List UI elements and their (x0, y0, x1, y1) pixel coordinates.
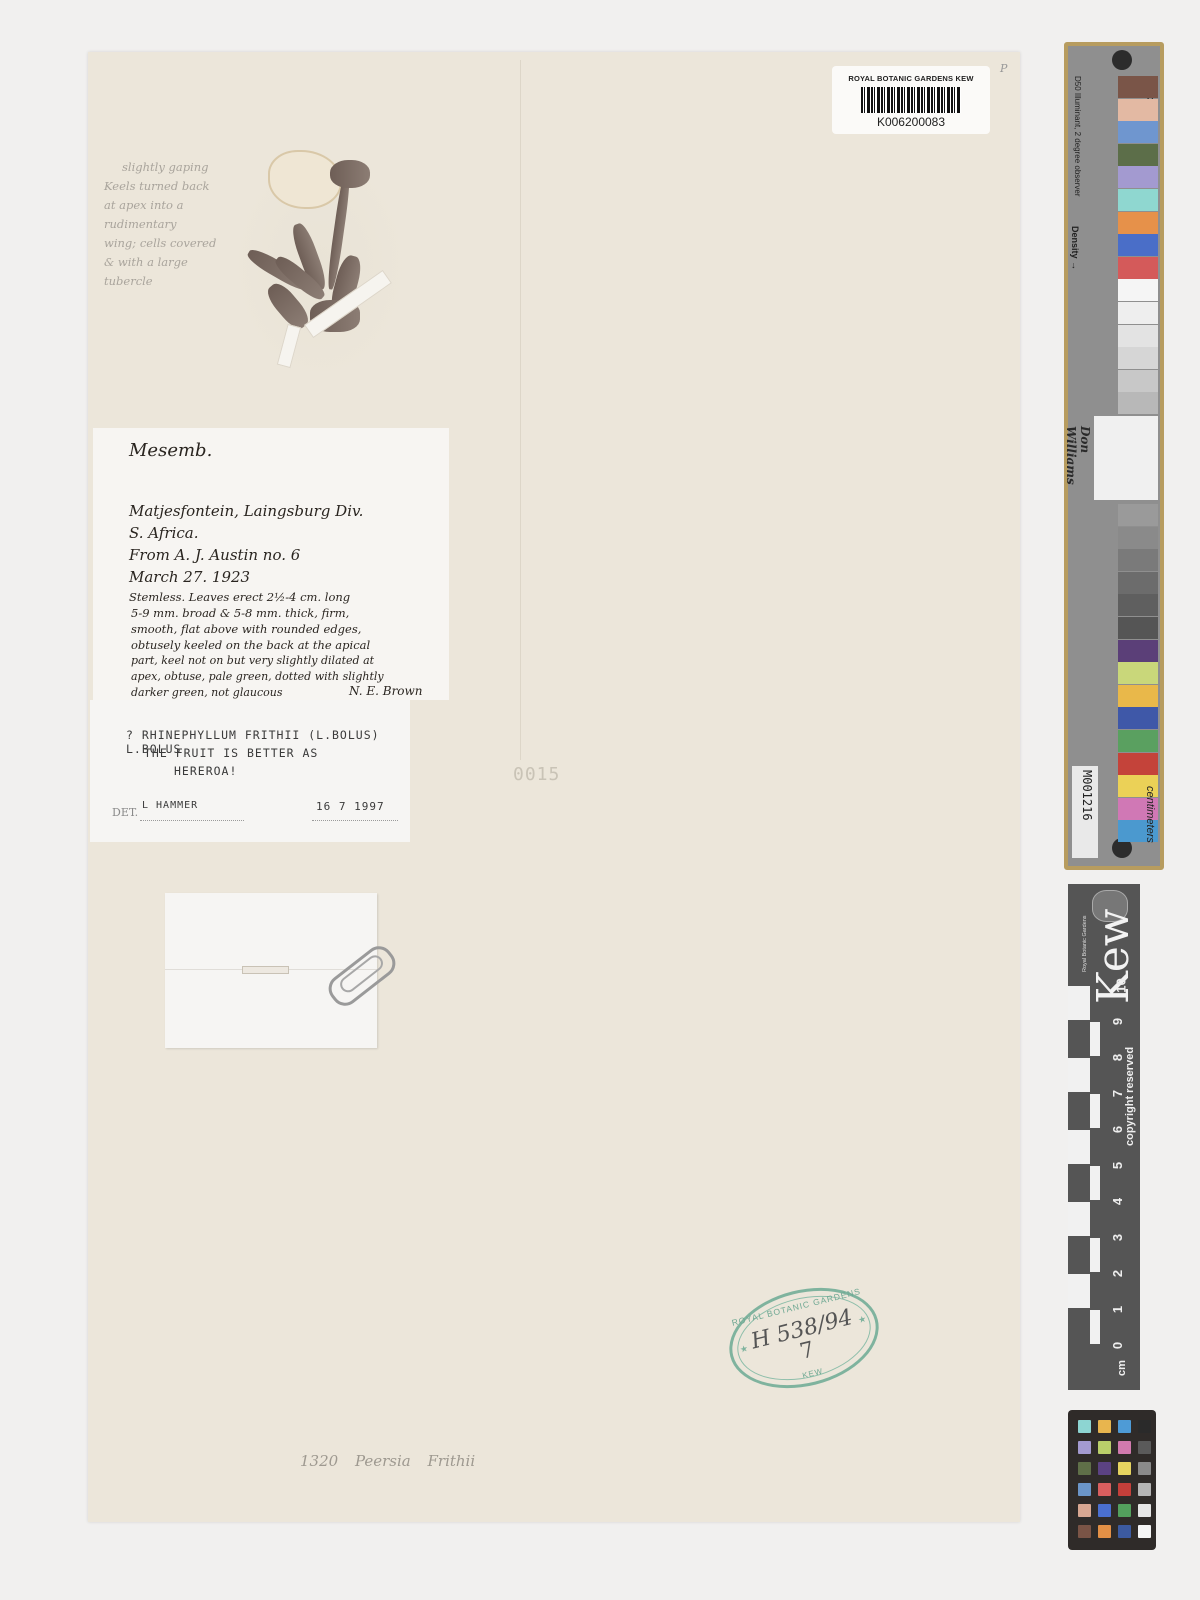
ruler-code: M001216 (1080, 770, 1094, 821)
label-heading: Mesemb. (129, 440, 212, 461)
pencil-note-line: rudimentary (104, 215, 244, 234)
scale-segment (1090, 1310, 1100, 1344)
color-swatch (1118, 549, 1158, 571)
label-description-line: 5-9 mm. broad & 5-8 mm. thick, firm, (131, 606, 349, 620)
color-swatch (1118, 99, 1158, 121)
color-swatch (1118, 370, 1158, 392)
pencil-note-line: at apex into a (104, 196, 244, 215)
color-swatch (1118, 572, 1158, 594)
checker-cell (1098, 1462, 1111, 1475)
scale-tick-label: 3 (1110, 1234, 1125, 1241)
ruler-code-label: M001216 (1072, 766, 1098, 858)
determination-label: ? RHINEPHYLLUM FRITHII (L.BOLUS) L.BOLUS… (90, 700, 410, 842)
bottom-annotation: 1320 Peersia Frithii (300, 1452, 475, 1470)
ruler-density-label: Density → (1070, 226, 1080, 270)
pencil-note-line: & with a large (104, 253, 244, 272)
label-country: S. Africa. (129, 524, 198, 542)
determiner-name: L HAMMER (142, 800, 198, 811)
ruler-unit-cm: centimeters (1144, 786, 1156, 843)
color-swatch (1118, 662, 1158, 684)
scale-tick-label: 9 (1110, 1018, 1125, 1025)
kew-scale-bar: Kew Royal Botanic Gardens copyright rese… (1068, 884, 1140, 1390)
checker-cell (1098, 1441, 1111, 1454)
label-description-line: darker green, not glaucous (131, 686, 283, 699)
label-description-line: obtusely keeled on the back at the apica… (131, 638, 370, 652)
scale-tick-label: 5 (1110, 1162, 1125, 1169)
scale-tick-label: 4 (1110, 1198, 1125, 1205)
label-signature: N. E. Brown (349, 684, 423, 698)
checker-cell (1098, 1420, 1111, 1433)
pencil-note: slightly gaping Keels turned back at ape… (104, 158, 244, 291)
scale-tick-label: 10 (1114, 978, 1129, 992)
det-line: THE FRUIT IS BETTER AS (144, 746, 318, 760)
label-description-line: part, keel not on but very slightly dila… (131, 654, 374, 667)
label-description-line: Stemless. Leaves erect 2½-4 cm. long (129, 590, 350, 604)
det-dotted-line (140, 820, 244, 821)
scale-segment (1090, 1094, 1100, 1128)
barcode-label: ROYAL BOTANIC GARDENS KEW K006200083 (832, 66, 990, 134)
barcode-number: K006200083 (832, 115, 990, 129)
scale-tick-label: 1 (1110, 1306, 1125, 1313)
checker-cell (1078, 1441, 1091, 1454)
color-swatch (1118, 527, 1158, 549)
kew-crest-caption: Royal Botanic Gardens (1082, 915, 1088, 972)
ruler-side-text: D50 Illuminant, 2 degree observer (1073, 76, 1082, 197)
copyright-text: copyright reserved (1124, 1047, 1136, 1146)
corner-mark: P (1000, 62, 1007, 75)
scale-unit: cm (1116, 1360, 1128, 1376)
label-description-line: smooth, flat above with rounded edges, (131, 622, 361, 636)
checker-cell (1078, 1462, 1091, 1475)
scale-segment (1068, 1202, 1090, 1236)
checker-cell (1098, 1525, 1111, 1538)
ruler-hole (1112, 50, 1132, 70)
ruler-brand: Don Williams (1064, 426, 1092, 494)
checker-cell (1138, 1504, 1151, 1517)
barcode-icon (861, 87, 961, 113)
det-prefix: DET. (112, 806, 138, 819)
checker-cell (1138, 1462, 1151, 1475)
color-swatch (1118, 707, 1158, 729)
label-description-line: apex, obtuse, pale green, dotted with sl… (131, 670, 384, 683)
scale-segment (1068, 986, 1090, 1020)
checker-cell (1078, 1483, 1091, 1496)
color-swatch (1118, 257, 1158, 279)
color-swatch (1118, 753, 1158, 775)
color-swatch (1118, 144, 1158, 166)
scale-tick-label: 0 (1110, 1342, 1125, 1349)
pencil-note-line: Keels turned back (104, 177, 244, 196)
pencil-note-line: tubercle (104, 272, 244, 291)
color-swatch (1118, 617, 1158, 639)
color-checker-card (1068, 1410, 1156, 1550)
scale-tick-label: 6 (1110, 1126, 1125, 1133)
checker-cell (1138, 1420, 1151, 1433)
packet-flap (165, 893, 377, 970)
checker-cell (1078, 1504, 1091, 1517)
scale-segment (1068, 1058, 1090, 1092)
scale-segment (1068, 1130, 1090, 1164)
collection-label: Mesemb. Matjesfontein, Laingsburg Div. S… (93, 428, 449, 700)
color-swatch (1118, 234, 1158, 256)
scale-tick-label: 2 (1110, 1270, 1125, 1277)
color-swatch (1118, 640, 1158, 662)
label-collector: From A. J. Austin no. 6 (129, 546, 300, 564)
checker-cell (1078, 1420, 1091, 1433)
color-density-ruler: inches D50 Illuminant, 2 degree observer… (1064, 42, 1164, 870)
barcode-organization: ROYAL BOTANIC GARDENS KEW (832, 74, 990, 83)
scale-segment (1090, 1022, 1100, 1056)
det-line: HEREROA! (174, 764, 237, 778)
checker-cell (1078, 1525, 1091, 1538)
faint-sheet-number: 0015 (513, 764, 560, 785)
packet-slot (242, 966, 289, 974)
color-swatch (1118, 189, 1158, 211)
det-date: 16 7 1997 (316, 800, 385, 813)
gray-card (1094, 416, 1158, 500)
det-date-dotted-line (312, 820, 398, 821)
label-date: March 27. 1923 (129, 568, 250, 586)
color-swatch (1118, 212, 1158, 234)
color-swatch (1118, 76, 1158, 98)
color-swatch (1118, 121, 1158, 143)
checker-cell (1098, 1504, 1111, 1517)
checker-cell (1118, 1462, 1131, 1475)
color-swatch (1118, 166, 1158, 188)
scale-tick-label: 8 (1110, 1054, 1125, 1061)
pencil-note-line: slightly gaping (104, 158, 244, 177)
color-swatch (1118, 347, 1158, 369)
checker-cell (1118, 1504, 1131, 1517)
checker-cell (1118, 1483, 1131, 1496)
checker-cell (1098, 1483, 1111, 1496)
color-swatch (1118, 504, 1158, 526)
label-locality: Matjesfontein, Laingsburg Div. (129, 502, 363, 520)
scale-segment (1068, 1274, 1090, 1308)
checker-cell (1118, 1420, 1131, 1433)
color-swatch (1118, 279, 1158, 301)
checker-cell (1138, 1525, 1151, 1538)
checker-cell (1138, 1441, 1151, 1454)
scale-segment (1090, 1166, 1100, 1200)
sheet-fold-line (520, 60, 521, 760)
scale-tick-label: 7 (1110, 1090, 1125, 1097)
checker-cell (1118, 1441, 1131, 1454)
scale-segment (1090, 1238, 1100, 1272)
color-swatch (1118, 730, 1158, 752)
checker-cell (1138, 1483, 1151, 1496)
color-swatch (1118, 594, 1158, 616)
color-swatch (1118, 325, 1158, 347)
color-swatch (1118, 302, 1158, 324)
color-swatch (1118, 685, 1158, 707)
pencil-note-line: wing; cells covered (104, 234, 244, 253)
color-swatch (1118, 392, 1158, 414)
checker-cell (1118, 1525, 1131, 1538)
specimen-flower (330, 160, 370, 188)
